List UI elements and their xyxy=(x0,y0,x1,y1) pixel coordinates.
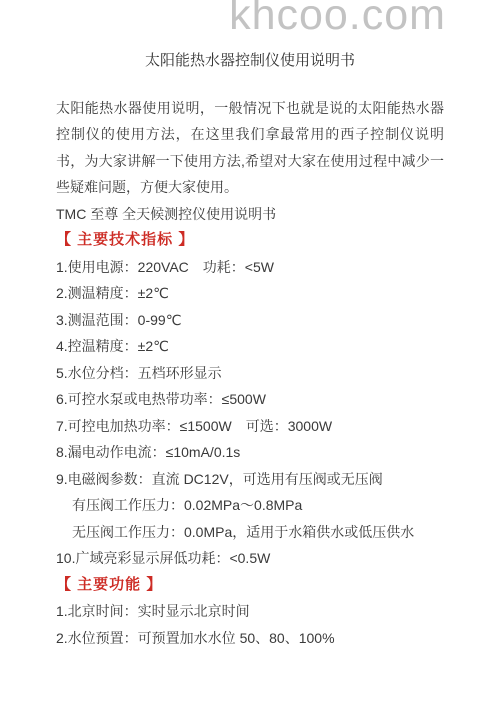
function-item-beijing-time: 1.北京时间：实时显示北京时间 xyxy=(56,598,444,625)
tech-item-pump-power: 6.可控水泵或电热带功率：≤500W xyxy=(56,386,444,413)
section-heading-main-functions: 【 主要功能 】 xyxy=(56,572,444,599)
subtitle-line: TMC 至尊 全天候测控仪使用说明书 xyxy=(56,201,444,228)
tech-item-leakage-current: 8.漏电动作电流：≤10mA/0.1s xyxy=(56,439,444,466)
tech-item-pressure-valve: 有压阀工作压力：0.02MPa～0.8MPa xyxy=(56,492,444,519)
tech-item-temp-range: 3.测温范围：0-99℃ xyxy=(56,307,444,334)
tech-item-nonpressure-valve: 无压阀工作压力：0.0MPa，适用于水箱供水或低压供水 xyxy=(56,519,444,546)
tech-item-temp-precision: 2.测温精度：±2℃ xyxy=(56,280,444,307)
tech-item-water-levels: 5.水位分档：五档环形显示 xyxy=(56,360,444,387)
section-heading-tech-specs: 【 主要技术指标 】 xyxy=(56,227,444,254)
tech-item-temp-control: 4.控温精度：±2℃ xyxy=(56,333,444,360)
watermark-text: khcoo.com xyxy=(229,0,446,37)
function-item-water-preset: 2.水位预置：可预置加水水位 50、80、100% xyxy=(56,625,444,652)
document-page: khcoo.com 太阳能热水器控制仪使用说明书 太阳能热水器使用说明，一般情况… xyxy=(0,0,500,707)
tech-item-power: 1.使用电源：220VAC 功耗：<5W xyxy=(56,254,444,281)
tech-item-heater-power: 7.可控电加热功率：≤1500W 可选：3000W xyxy=(56,413,444,440)
intro-paragraph: 太阳能热水器使用说明，一般情况下也就是说的太阳能热水器控制仪的使用方法，在这里我… xyxy=(56,95,444,201)
tech-item-valve-params: 9.电磁阀参数：直流 DC12V，可选用有压阀或无压阀 xyxy=(56,466,444,493)
page-title: 太阳能热水器控制仪使用说明书 xyxy=(0,48,500,75)
tech-item-display-power: 10.广域亮彩显示屏低功耗：<0.5W xyxy=(56,545,444,572)
